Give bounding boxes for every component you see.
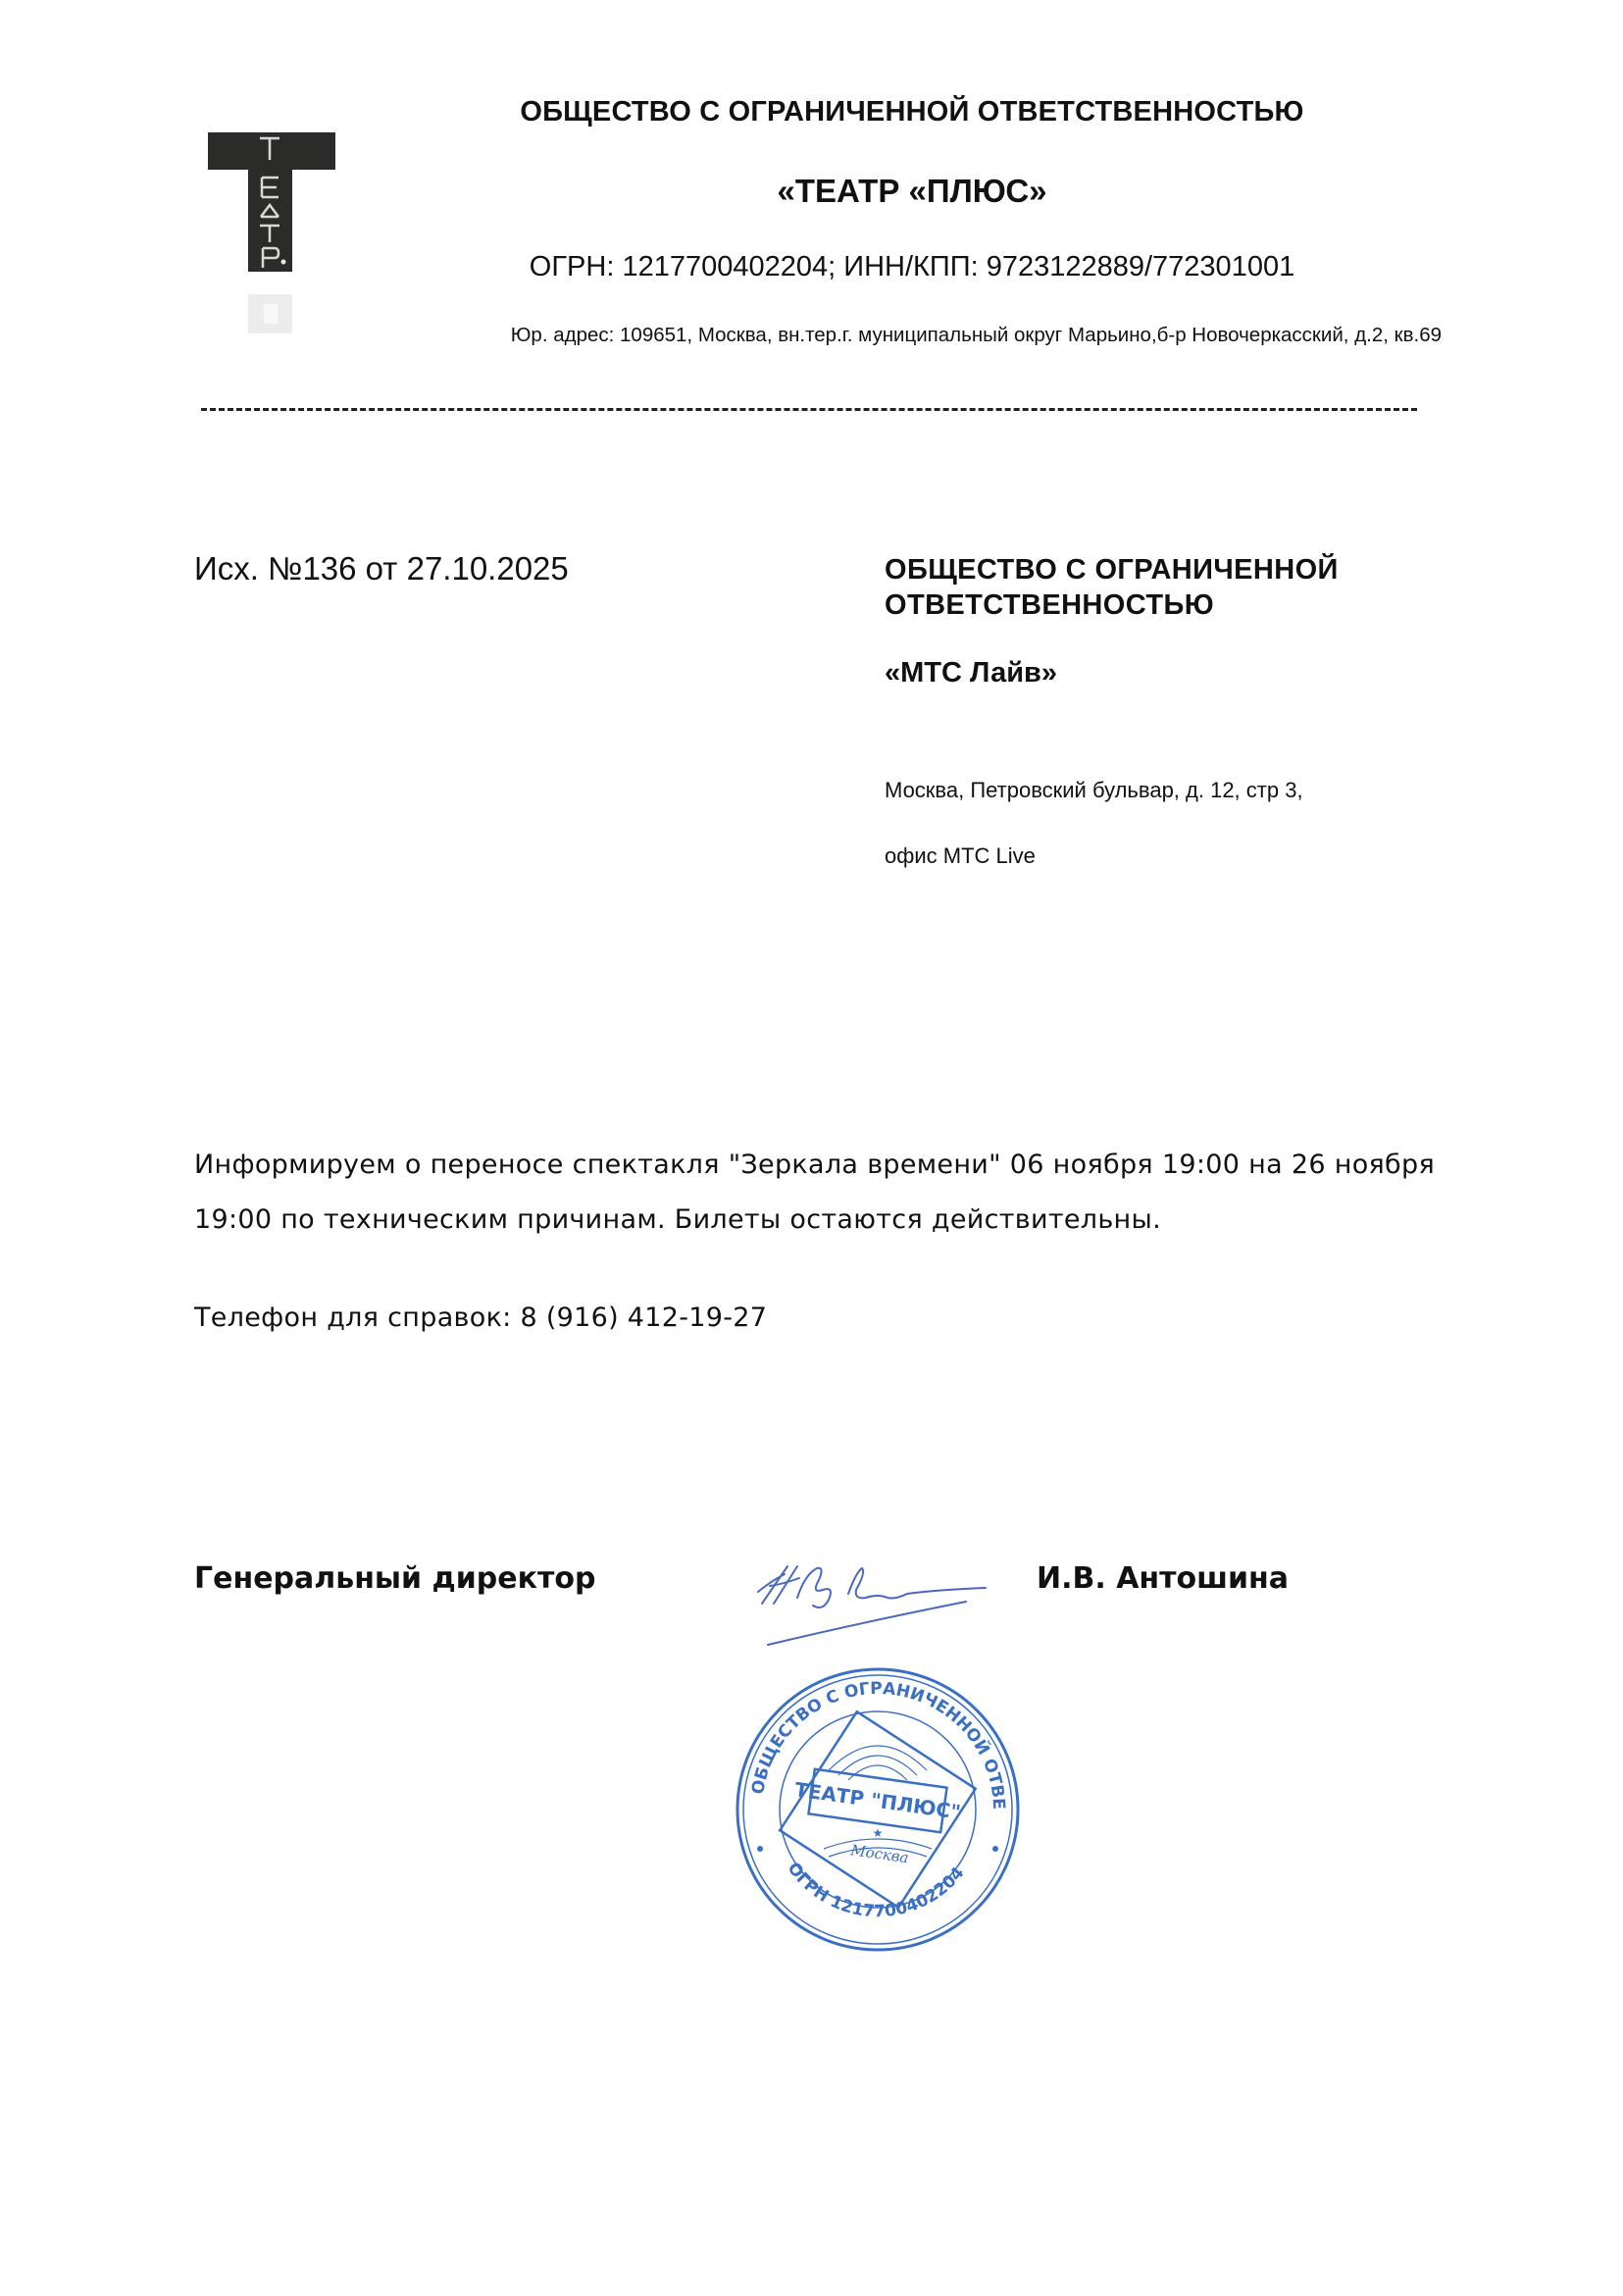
header-separator	[201, 408, 1417, 411]
letterhead-org-type: ОБЩЕСТВО С ОГРАНИЧЕННОЙ ОТВЕТСТВЕННОСТЬЮ	[373, 96, 1451, 128]
contact-phone: Телефон для справок: 8 (916) 412-19-27	[194, 1302, 767, 1333]
letter-body: Информируем о переносе спектакля "Зеркал…	[194, 1138, 1435, 1248]
letterhead-org-name: «ТЕАТР «ПЛЮС»	[373, 173, 1451, 210]
recipient-address-line2: офис МТС Live	[885, 843, 1036, 869]
theatre-logo	[208, 132, 335, 338]
company-seal-stamp: ОБЩЕСТВО С ОГРАНИЧЕННОЙ ОТВЕТСТВЕННОСТЬЮ…	[731, 1662, 1025, 1957]
recipient-org-type: ОБЩЕСТВО С ОГРАНИЧЕННОЙ ОТВЕТСТВЕННОСТЬЮ	[885, 552, 1395, 623]
stamp-city: Москва	[848, 1841, 909, 1866]
signatory-position: Генеральный директор	[194, 1561, 595, 1596]
stamp-ring-ogrn: ОГРН 1217700402204	[784, 1859, 969, 1921]
outgoing-number: Исх. №136 от 27.10.2025	[194, 550, 569, 587]
svg-text:ОГРН 1217700402204: ОГРН 1217700402204	[784, 1859, 969, 1921]
signatory-name: И.В. Антошина	[1037, 1561, 1289, 1596]
letterhead-registration-ids: ОГРН: 1217700402204; ИНН/КПП: 9723122889…	[373, 251, 1451, 283]
letterhead-legal-address: Юр. адрес: 109651, Москва, вн.тер.г. мун…	[353, 324, 1451, 347]
svg-text:★: ★	[873, 1826, 884, 1840]
handwritten-signature	[740, 1555, 1005, 1653]
stamp-center-text: ТЕАТР "ПЛЮС"	[793, 1777, 962, 1823]
recipient-org-name: «МТС Лайв»	[885, 657, 1057, 689]
recipient-address-line1: Москва, Петровский бульвар, д. 12, стр 3…	[885, 778, 1303, 803]
